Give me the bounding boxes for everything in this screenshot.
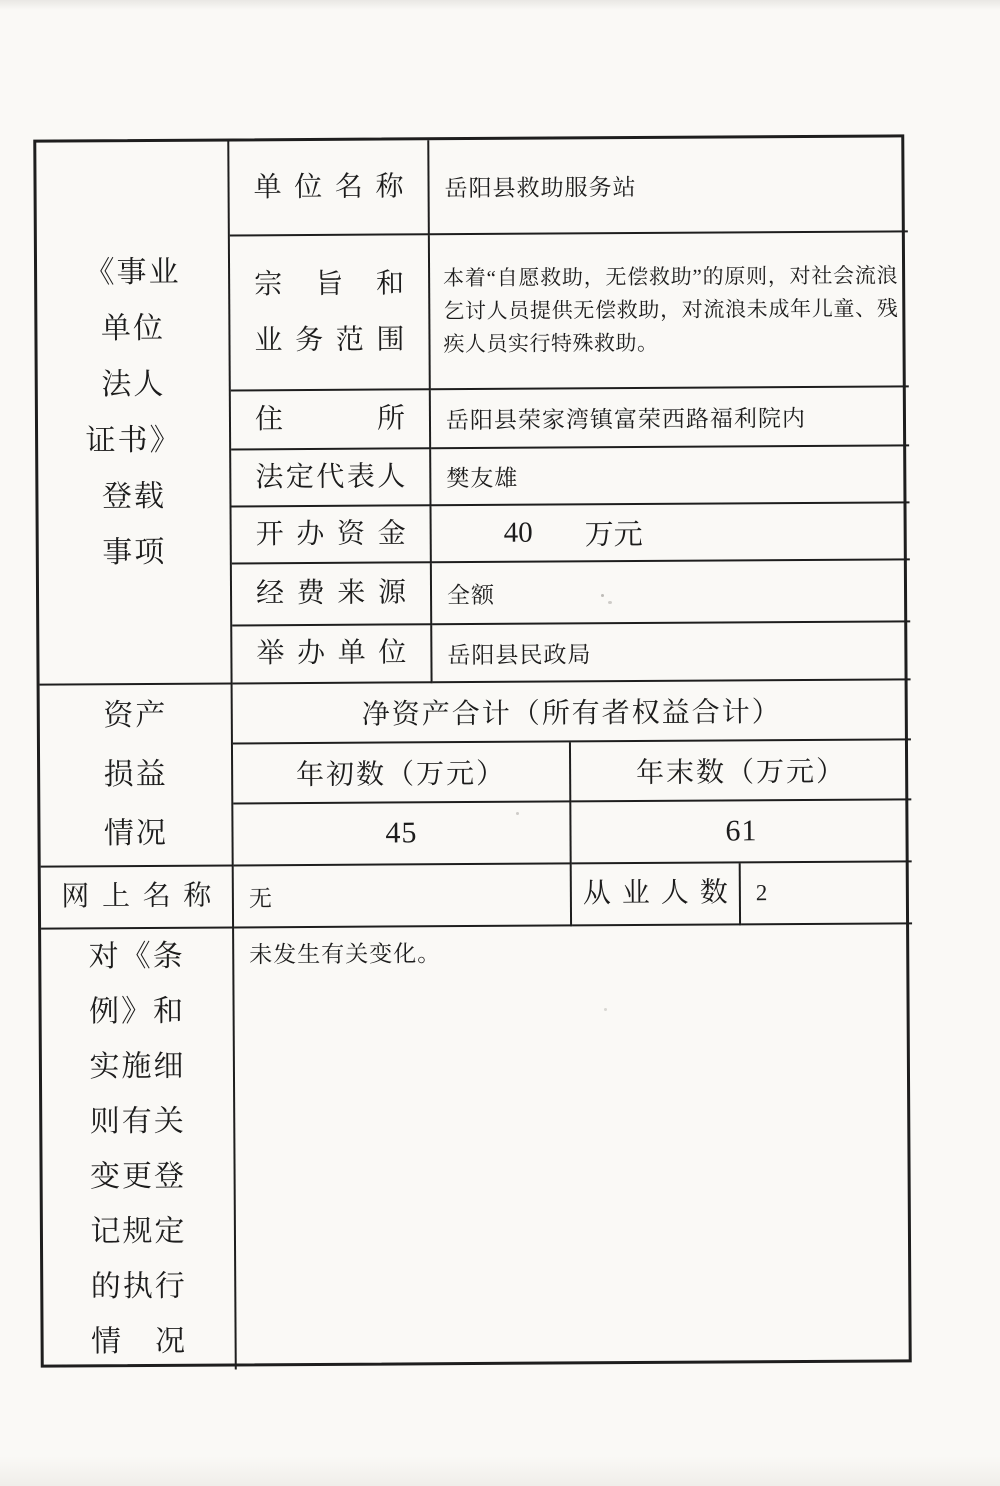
unit-name-label-cell: 单位名称 (229, 140, 430, 236)
compliance-section-label: 对《条 例》和 实施细 则有关 变更登 记规定 的执行 情 况 (41, 928, 237, 1370)
cert-label-line: 法人 (101, 369, 165, 399)
organizer-value: 岳阳县民政局 (432, 622, 910, 683)
purpose-value-cell: 本着“自愿救助，无偿救助”的原则，对社会流浪乞讨人员提供无偿救助，对流浪未成年儿… (430, 232, 909, 390)
assets-label-line: 资产 (103, 701, 167, 731)
document-sheet: 《事业 单位 法人 证书》 登载 事项 单位名称 岳阳县救助服务站 宗旨和 业务… (33, 134, 911, 1367)
cert-label-line: 证书》 (86, 425, 182, 456)
purpose-label-line: 宗旨和 (254, 267, 404, 302)
cert-label-line: 事项 (102, 537, 166, 567)
compliance-label-line: 对《条 (89, 942, 185, 973)
legal-rep-label: 法定代表人 (255, 460, 405, 495)
assets-section-label: 资产 损益 情况 (40, 684, 234, 867)
compliance-label-line: 变更登 (90, 1162, 186, 1193)
compliance-label-line: 则有关 (90, 1107, 186, 1138)
capital-unit: 万元 (585, 512, 643, 553)
compliance-label-line: 情 况 (91, 1327, 187, 1358)
address-label-cell: 住所 (231, 390, 431, 450)
year-end-header: 年末数（万元） (571, 740, 911, 802)
funding-value: 全额 (432, 560, 910, 625)
year-end-value: 61 (571, 800, 911, 864)
legal-rep-value: 樊友雄 (431, 446, 909, 506)
address-value: 岳阳县荣家湾镇富荣西路福利院内 (431, 387, 909, 449)
unit-name-value: 岳阳县救助服务站 (429, 137, 908, 235)
scanned-document-page: { "colors": { "paper": "#faf9f6", "ink":… (0, 0, 1000, 1486)
purpose-label-line: 业务范围 (254, 323, 404, 358)
cert-label-line: 单位 (101, 313, 165, 343)
assets-label-line: 损益 (104, 760, 168, 790)
purpose-label: 宗旨和 业务范围 (254, 267, 405, 358)
unit-name-label: 单位名称 (253, 170, 403, 205)
capital-amount: 40 (504, 517, 533, 550)
staff-count-label-cell: 从业人数 (572, 863, 741, 926)
purpose-label-cell: 宗旨和 业务范围 (230, 235, 431, 391)
compliance-label-line: 实施细 (89, 1052, 185, 1083)
funding-label-cell: 经费来源 (232, 563, 432, 626)
cert-label-line: 登载 (102, 481, 166, 511)
legal-rep-label-cell: 法定代表人 (231, 449, 431, 507)
year-start-value: 45 (233, 802, 571, 866)
capital-label-cell: 开办资金 (232, 506, 432, 564)
compliance-label-line: 例》和 (89, 997, 185, 1028)
capital-label: 开办资金 (256, 517, 406, 552)
organizer-label-cell: 举办单位 (232, 625, 432, 684)
online-name-value: 无 (234, 864, 572, 928)
year-start-header: 年初数（万元） (233, 742, 571, 804)
online-name-label-cell: 网上名称 (41, 866, 234, 929)
assets-label-line: 情况 (104, 819, 168, 849)
capital-value-cell: 40 万元 (432, 503, 910, 563)
funding-label: 经费来源 (256, 576, 406, 611)
staff-count-value: 2 (741, 862, 912, 925)
purpose-value: 本着“自愿救助，无偿救助”的原则，对社会流浪乞讨人员提供无偿救助，对流浪未成年儿… (443, 259, 899, 361)
organizer-label: 举办单位 (256, 636, 406, 671)
cert-section-label: 《事业 单位 法人 证书》 登载 事项 (36, 141, 232, 685)
compliance-label-line: 的执行 (91, 1272, 187, 1303)
registration-table: 《事业 单位 法人 证书》 登载 事项 单位名称 岳阳县救助服务站 宗旨和 业务… (33, 134, 911, 1367)
staff-count-label: 从业人数 (583, 876, 728, 911)
address-label: 住所 (255, 402, 405, 437)
compliance-label-line: 记规定 (90, 1217, 186, 1248)
cert-label-line: 《事业 (84, 257, 180, 288)
compliance-value: 未发生有关变化。 (234, 924, 915, 1369)
online-name-label: 网上名称 (61, 880, 211, 915)
net-assets-header: 净资产合计（所有者权益合计） (233, 680, 911, 744)
